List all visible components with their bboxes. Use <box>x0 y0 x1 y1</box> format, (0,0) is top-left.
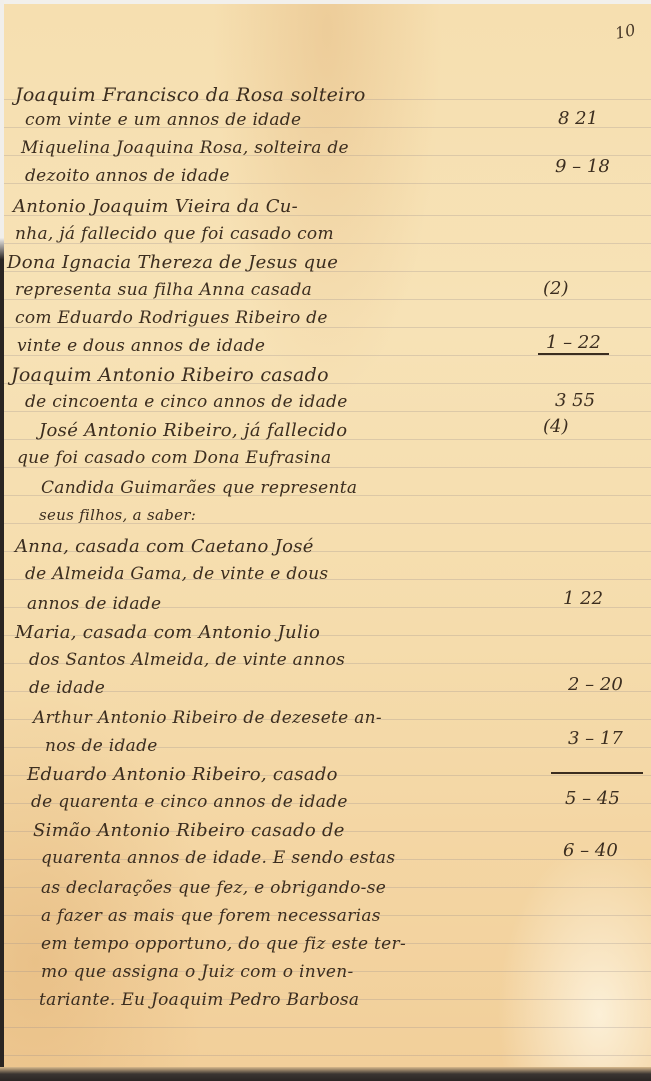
line-text: com vinte e um annos de idade <box>25 110 301 130</box>
page-bottom-edge <box>0 1067 651 1081</box>
line-number: 3 – 17 <box>568 728 623 749</box>
line-text: Joaquim Francisco da Rosa solteiro <box>15 84 366 106</box>
ledger-line: seus filhos, a saber: <box>3 504 651 532</box>
line-text: Maria, casada com Antonio Julio <box>15 622 320 643</box>
ledger-line: Simão Antonio Ribeiro casado de <box>3 818 651 846</box>
line-text: Miquelina Joaquina Rosa, solteira de <box>21 138 349 158</box>
line-text: Joaquim Antonio Ribeiro casado <box>11 364 329 386</box>
ledger-line: dezoito annos de idade 9 – 18 <box>3 164 651 192</box>
ledger-line: Candida Guimarães que representa <box>3 476 651 504</box>
line-text: José Antonio Ribeiro, já fallecido <box>39 420 347 441</box>
line-text: em tempo opportuno, do que fiz este ter- <box>41 934 406 954</box>
line-text: Simão Antonio Ribeiro casado de <box>33 820 345 841</box>
ledger-line: José Antonio Ribeiro, já fallecido (4) <box>3 418 651 446</box>
ledger-line: Antonio Joaquim Vieira da Cu- <box>3 194 651 222</box>
page-top-edge <box>0 0 651 4</box>
line-text: seus filhos, a saber: <box>39 506 196 524</box>
line-number: 9 – 18 <box>555 156 610 177</box>
line-text: de idade <box>29 678 105 698</box>
line-number: 2 – 20 <box>568 674 623 695</box>
line-text: de quarenta e cinco annos de idade <box>31 792 348 812</box>
line-number: (4) <box>543 416 569 437</box>
line-text: nos de idade <box>45 736 158 756</box>
ledger-line: Eduardo Antonio Ribeiro, casado <box>3 762 651 790</box>
line-text: dos Santos Almeida, de vinte annos <box>29 650 345 670</box>
ledger-line: vinte e dous annos de idade 1 – 22 <box>3 334 651 362</box>
line-text: Arthur Antonio Ribeiro de dezesete an- <box>33 708 382 728</box>
ledger-line: quarenta annos de idade. E sendo estas 6… <box>3 846 651 874</box>
ledger-line: mo que assigna o Juiz com o inven- <box>3 960 651 988</box>
ledger-line: Dona Ignacia Thereza de Jesus que <box>3 250 651 278</box>
line-text: Eduardo Antonio Ribeiro, casado <box>27 764 338 785</box>
line-number: 1 – 22 <box>538 332 609 355</box>
page-number: 10 <box>613 20 637 43</box>
book-binding-edge <box>0 0 4 1081</box>
ledger-line: com vinte e um annos de idade 8 21 <box>3 108 651 136</box>
line-number: 6 – 40 <box>563 840 618 861</box>
ledger-line: de idade 2 – 20 <box>3 676 651 704</box>
ledger-line: com Eduardo Rodrigues Ribeiro de <box>3 306 651 334</box>
line-text: Antonio Joaquim Vieira da Cu- <box>13 196 298 217</box>
line-text: tariante. Eu Joaquim Pedro Barbosa <box>39 990 359 1010</box>
line-text: annos de idade <box>27 594 161 614</box>
line-text: Anna, casada com Caetano José <box>15 536 314 557</box>
ledger-line: nos de idade 3 – 17 <box>3 734 651 762</box>
ledger-line: de cincoenta e cinco annos de idade 3 55 <box>3 390 651 418</box>
line-number: (2) <box>543 278 569 299</box>
line-text: que foi casado com Dona Eufrasina <box>17 448 331 468</box>
line-number: 1 22 <box>563 588 603 609</box>
line-number: 8 21 <box>558 108 598 129</box>
line-text: de cincoenta e cinco annos de idade <box>25 392 348 412</box>
line-text: Candida Guimarães que representa <box>41 478 357 498</box>
ledger-line: a fazer as mais que forem necessarias <box>3 904 651 932</box>
line-text: com Eduardo Rodrigues Ribeiro de <box>15 308 328 328</box>
line-text: mo que assigna o Juiz com o inven- <box>41 962 354 982</box>
ledger-line: nha, já fallecido que foi casado com <box>3 222 651 250</box>
ledger-line: de Almeida Gama, de vinte e dous <box>3 562 651 590</box>
ledger-line: que foi casado com Dona Eufrasina <box>3 446 651 474</box>
line-text: nha, já fallecido que foi casado com <box>15 224 334 244</box>
ledger-line: tariante. Eu Joaquim Pedro Barbosa <box>3 988 651 1016</box>
ledger-line: representa sua filha Anna casada (2) <box>3 278 651 306</box>
line-text: quarenta annos de idade. E sendo estas <box>41 848 395 868</box>
total-rule <box>551 772 643 774</box>
line-text: a fazer as mais que forem necessarias <box>41 906 381 926</box>
line-text: vinte e dous annos de idade <box>17 336 265 356</box>
ledger-line: Miquelina Joaquina Rosa, solteira de <box>3 136 651 164</box>
ledger-line: Maria, casada com Antonio Julio <box>3 620 651 648</box>
line-number: 5 – 45 <box>565 788 620 809</box>
ledger-line: em tempo opportuno, do que fiz este ter- <box>3 932 651 960</box>
ledger-line: Anna, casada com Caetano José <box>3 534 651 562</box>
ledger-line: dos Santos Almeida, de vinte annos <box>3 648 651 676</box>
ledger-line: annos de idade 1 22 <box>3 592 651 620</box>
line-text: Dona Ignacia Thereza de Jesus que <box>7 252 338 273</box>
ledger-line: Joaquim Francisco da Rosa solteiro <box>3 82 651 110</box>
line-number: 3 55 <box>555 390 595 411</box>
line-text: de Almeida Gama, de vinte e dous <box>25 564 328 584</box>
ledger-line: de quarenta e cinco annos de idade 5 – 4… <box>3 790 651 818</box>
ledger-line: Arthur Antonio Ribeiro de dezesete an- <box>3 706 651 734</box>
line-text: as declarações que fez, e obrigando-se <box>41 878 386 898</box>
ledger-line: as declarações que fez, e obrigando-se <box>3 876 651 904</box>
line-text: dezoito annos de idade <box>25 166 230 186</box>
line-text: representa sua filha Anna casada <box>15 280 312 300</box>
ledger-page: 10 Joaquim Francisco da Rosa solteiro co… <box>3 0 651 1068</box>
ledger-line: Joaquim Antonio Ribeiro casado <box>3 362 651 390</box>
